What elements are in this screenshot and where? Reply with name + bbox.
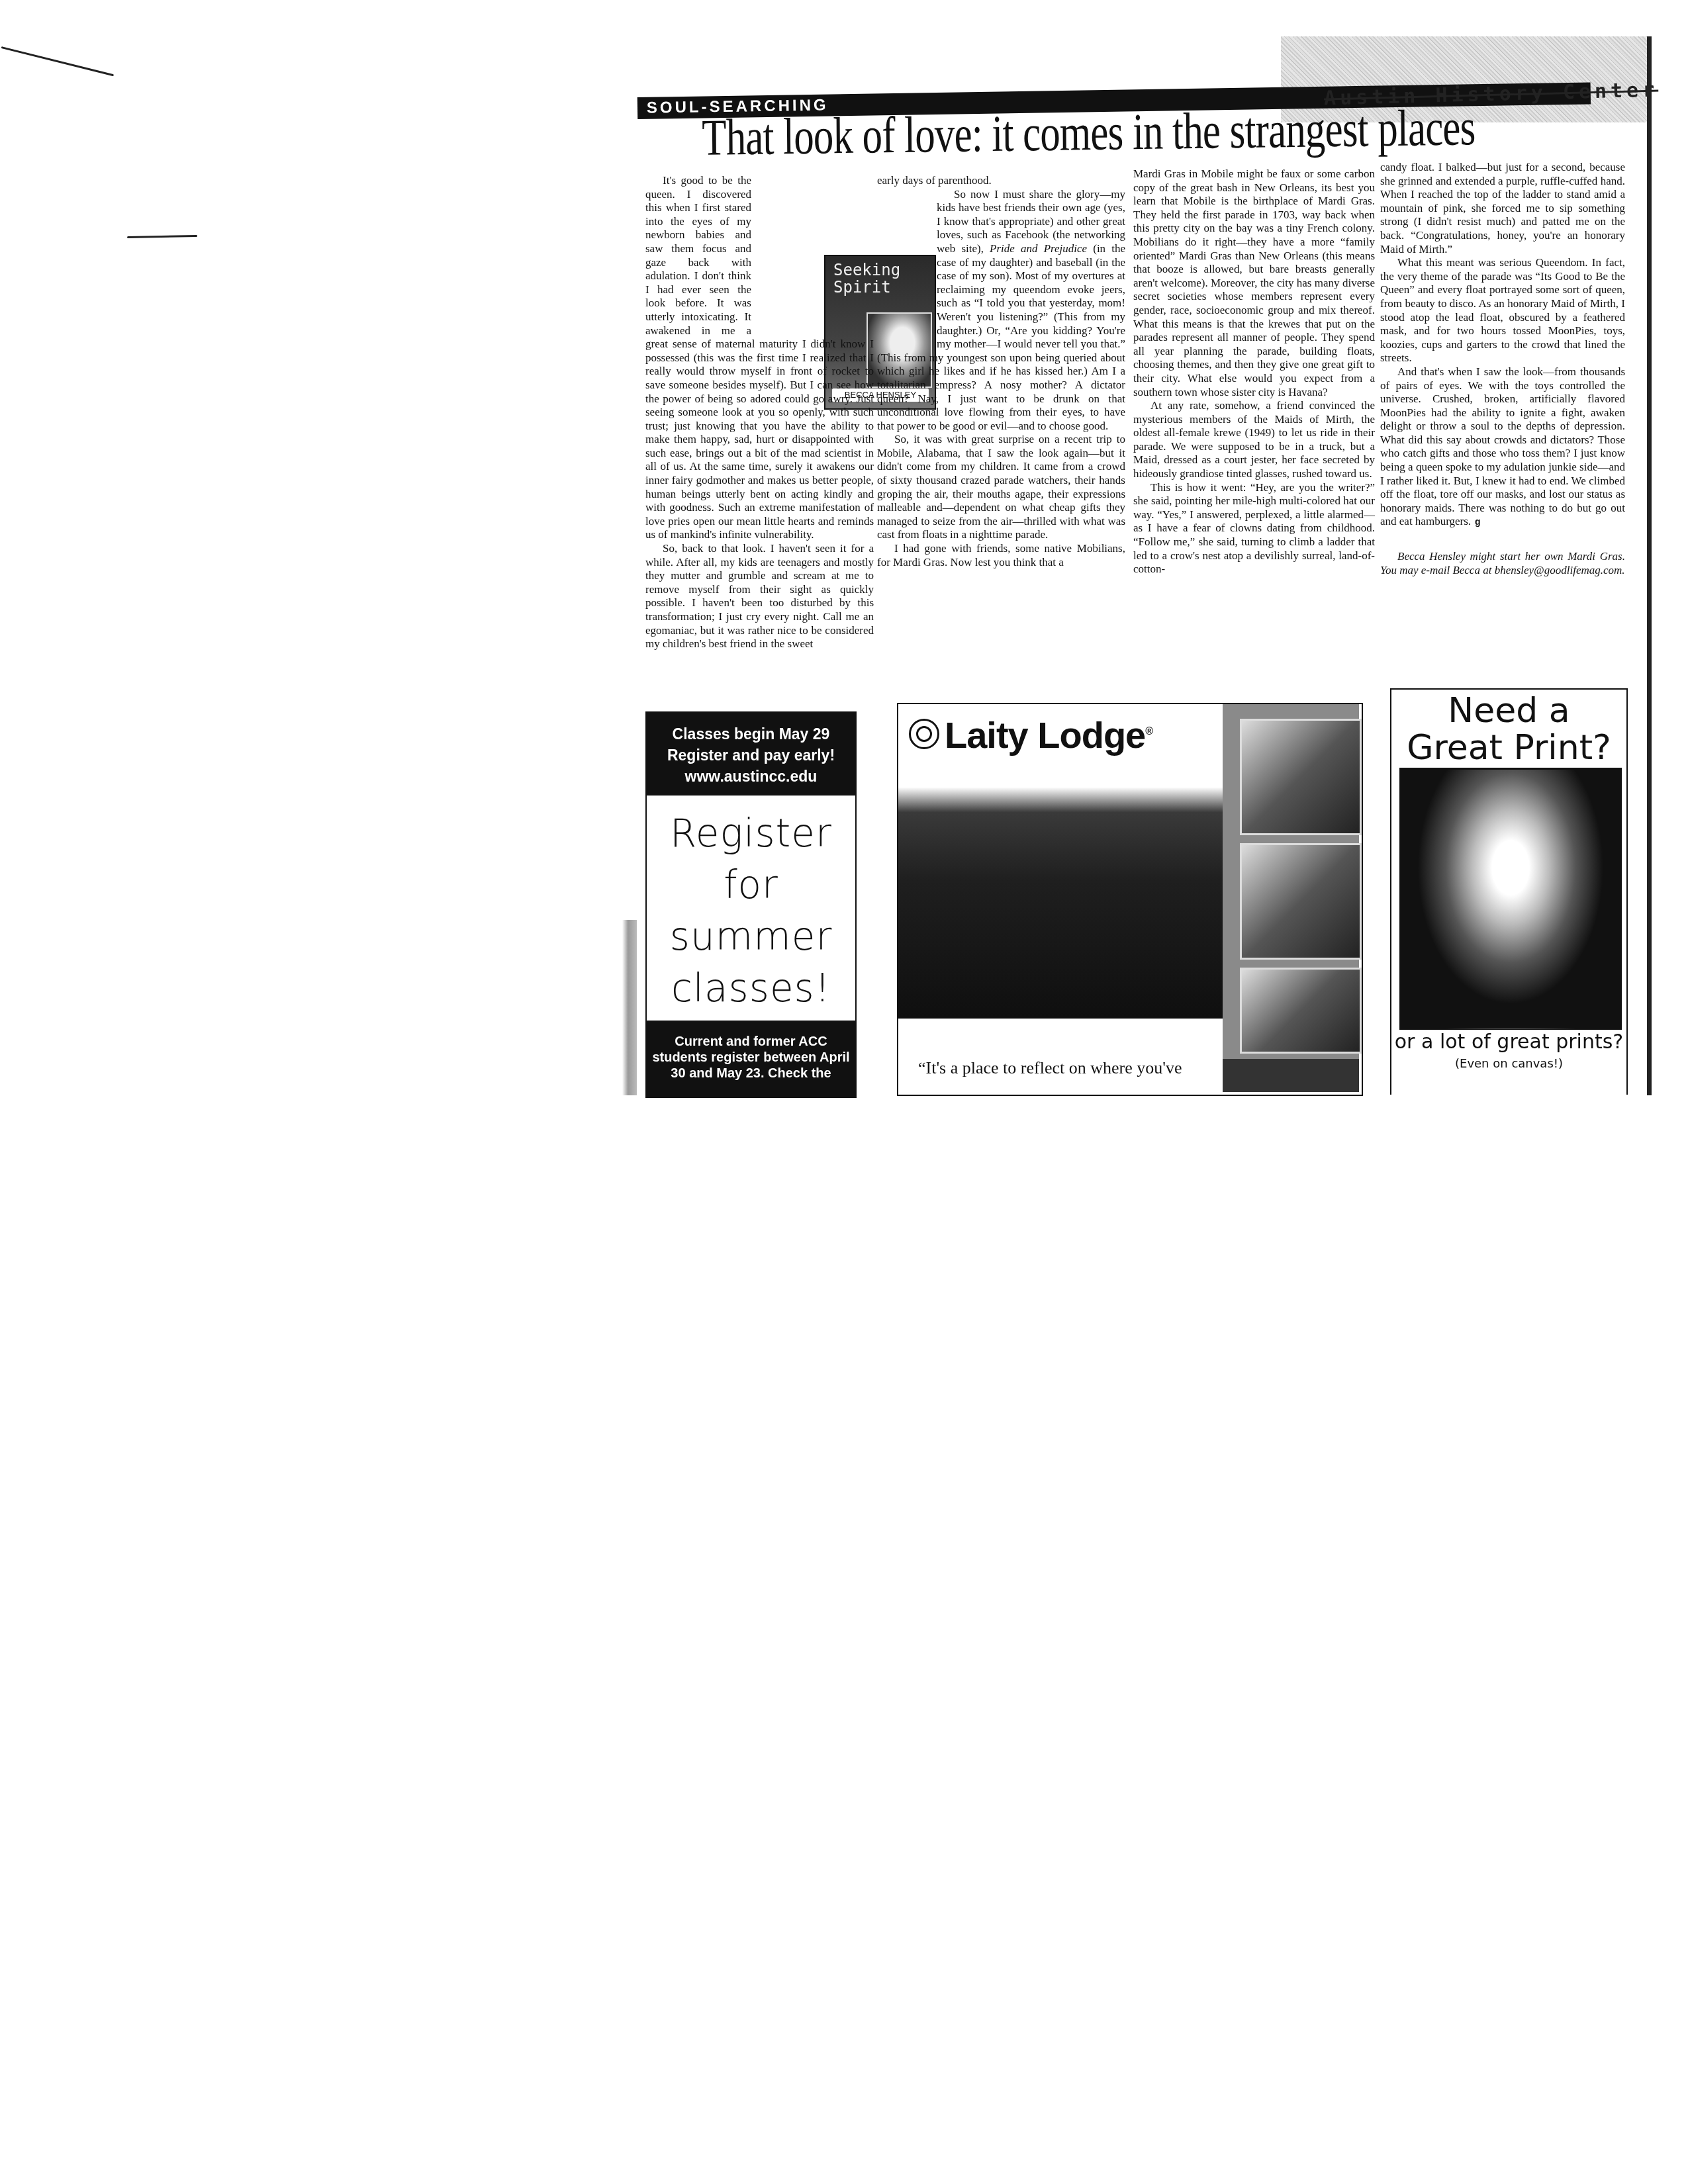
acc-ad-header: Classes begin May 29 Register and pay ea… [647, 713, 855, 796]
scan-shadow [622, 920, 637, 1095]
paragraph: early days of parenthood. [877, 174, 1125, 188]
thumbnail-photo [1240, 719, 1362, 835]
acc-url-link[interactable]: www.austincc.edu [647, 766, 855, 787]
article-column-4: candy float. I balked—but just for a sec… [1380, 161, 1625, 577]
paragraph: So, back to that look. I haven't seen it… [645, 542, 874, 651]
author-box-spacer [758, 174, 874, 328]
acc-ad-handwritten-headline: Register for summer classes! [647, 796, 855, 1021]
paragraph: What this meant was serious Queendom. In… [1380, 256, 1625, 365]
thumbnail-photo [1240, 843, 1362, 960]
paragraph: And that's when I saw the look—from thou… [1380, 365, 1625, 529]
print-ad-subline: or a lot of great prints? [1391, 1030, 1626, 1054]
acc-ad-footer: Current and former ACC students register… [647, 1021, 855, 1097]
laity-lodge-quote: “It's a place to reflect on where you've [918, 1058, 1182, 1078]
article-column-3: Mardi Gras in Mobile might be faux or so… [1133, 167, 1375, 576]
print-ad-subline-2: (Even on canvas!) [1391, 1057, 1626, 1071]
laity-lodge-logo: Laity Lodge® [909, 713, 1152, 756]
paragraph: So, it was with great surprise on a rece… [877, 433, 1125, 542]
acc-advertisement[interactable]: Classes begin May 29 Register and pay ea… [645, 711, 857, 1098]
photo-strip [1223, 704, 1359, 1059]
print-ad-headline: Need a Great Print? [1391, 692, 1626, 766]
stray-pen-mark [127, 235, 197, 238]
paragraph: I had gone with friends, some native Mob… [877, 542, 1125, 569]
print-advertisement[interactable]: Need a Great Print? or a lot of great pr… [1390, 688, 1628, 1095]
end-mark-icon: g [1475, 516, 1481, 527]
book-title: Pride and Prejudice [990, 242, 1087, 255]
paragraph: This is how it went: “Hey, are you the w… [1133, 481, 1375, 576]
laity-lodge-advertisement[interactable]: Laity Lodge® “It's a place to reflect on… [897, 703, 1363, 1096]
page-edge [1647, 36, 1652, 1095]
lodge-photo [898, 767, 1223, 1019]
paragraph: Mardi Gras in Mobile might be faux or so… [1133, 167, 1375, 399]
article-column-2: early days of parenthood. So now I must … [877, 174, 1125, 569]
article-headline: That look of love: it comes in the stran… [702, 102, 1394, 164]
paragraph: At any rate, somehow, a friend convinced… [1133, 399, 1375, 481]
laity-lodge-emblem-icon [909, 719, 939, 749]
paragraph: candy float. I balked—but just for a sec… [1380, 161, 1625, 256]
child-portrait-photo [1399, 768, 1622, 1030]
author-box-spacer [877, 188, 930, 339]
photo-strip-bottom [1223, 1059, 1359, 1092]
article-column-1: It's good to be the queen. I discovered … [645, 174, 874, 651]
thumbnail-photo [1240, 968, 1362, 1054]
stray-pen-mark [1, 46, 115, 76]
author-bio: Becca Hensley might start her own Mardi … [1380, 550, 1625, 577]
